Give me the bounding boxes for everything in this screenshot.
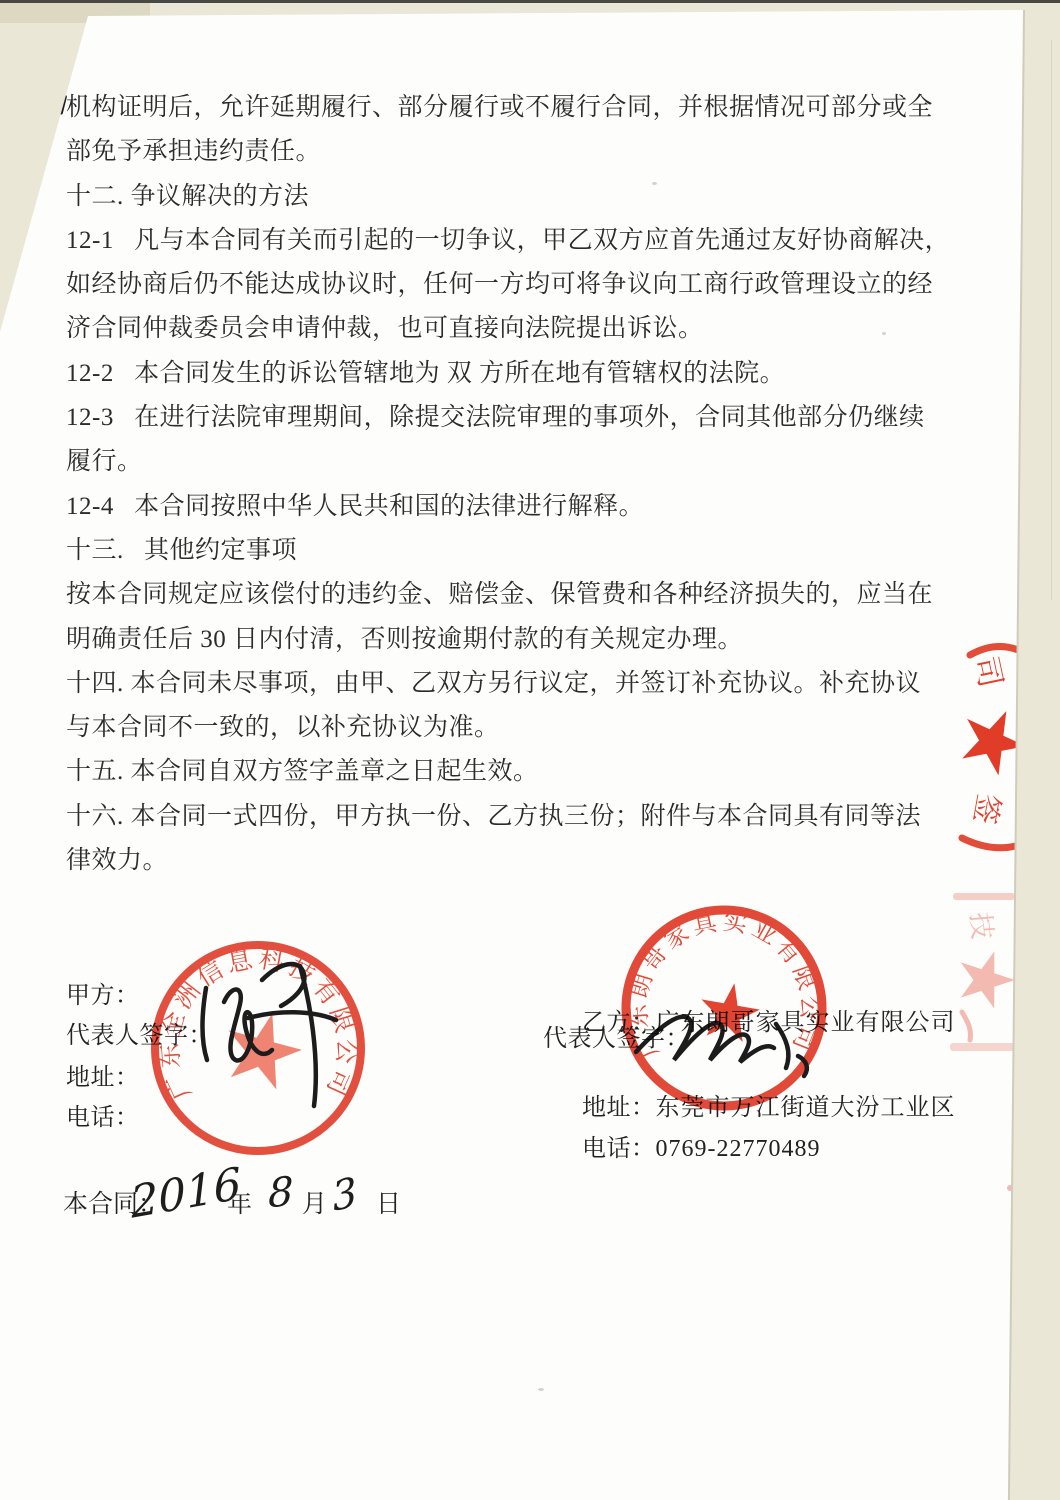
sheet-edge-line xyxy=(1051,40,1052,600)
party-a-company-seal: 广东全洲信息科技有限公司 xyxy=(155,945,361,1151)
scan-noise xyxy=(652,182,657,185)
seals-and-signatures-layer: 广东全洲信息科技有限公司 广东朗哥家具实业有限公司 司 签 xyxy=(0,0,1060,1500)
edge-seal-upper-bottom-char: 签 xyxy=(967,791,1005,826)
scan-noise xyxy=(538,1388,544,1391)
contract-page: 机构证明后，允许延期履行、部分履行或不履行合同，并根据情况可部分或全 部免予承担… xyxy=(0,0,1060,1500)
scanner-edge xyxy=(0,0,1060,3)
party-b-company-seal: 广东朗哥家具实业有限公司 xyxy=(624,908,822,1106)
svg-text:广东朗哥家具实业有限公司: 广东朗哥家具实业有限公司 xyxy=(624,908,822,1062)
scan-noise xyxy=(882,332,886,335)
party-b-seal-text: 广东朗哥家具实业有限公司 xyxy=(624,908,822,1062)
edge-seal-lower-char: 技 xyxy=(965,911,997,941)
scan-background: 机构证明后，允许延期履行、部分履行或不履行合同，并根据情况可部分或全 部免予承担… xyxy=(0,0,1060,1500)
edge-seal-upper: 司 签 xyxy=(951,646,1036,847)
edge-seal-upper-top-char: 司 xyxy=(968,653,1009,691)
